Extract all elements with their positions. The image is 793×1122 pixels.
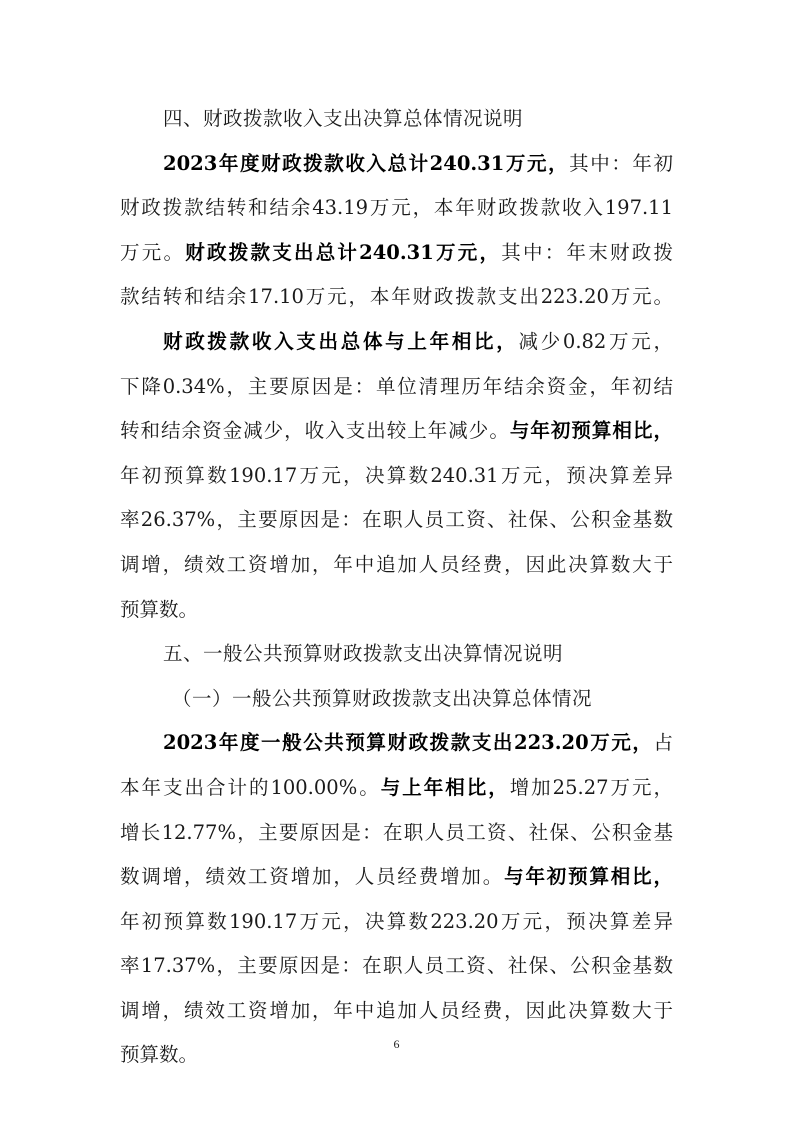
text: 其中：年初: [569, 152, 673, 175]
text-line: 年初预算数190.17万元，决算数223.20万元，预决算差异: [120, 900, 673, 945]
text-line: 下降0.34%，主要原因是：单位清理历年结余资金，年初结: [120, 365, 673, 410]
document-page: 四、财政拨款收入支出决算总体情况说明 2023年度财政拨款收入总计240.31万…: [120, 97, 673, 1078]
text: 下降0.34%，主要原因是：单位清理历年结余资金，年初结: [120, 375, 673, 398]
bold-text: 2023年度财政拨款收入总计240.31万元，: [163, 152, 569, 175]
text-line: 率26.37%，主要原因是：在职人员工资、社保、公积金基数: [120, 498, 673, 543]
text-line: 财政拨款结转和结余43.19万元，本年财政拨款收入197.11: [120, 186, 673, 231]
text-line: 2023年度一般公共预算财政拨款支出223.20万元，占: [120, 721, 673, 766]
text: 预算数。: [120, 598, 198, 621]
text-line: 转和结余资金减少，收入支出较上年减少。与年初预算相比，: [120, 409, 673, 454]
text-line: 万元。财政拨款支出总计240.31万元，其中：年末财政拨: [120, 231, 673, 276]
text: 年初预算数190.17万元，决算数240.31万元，预决算差异: [120, 464, 673, 487]
text: 增加25.27万元，: [510, 776, 673, 799]
bold-text: 与年初预算相比，: [504, 865, 673, 888]
text-line: 年初预算数190.17万元，决算数240.31万元，预决算差异: [120, 454, 673, 499]
section-5-subheading: （一）一般公共预算财政拨款支出决算总体情况: [120, 677, 673, 722]
text: 率17.37%，主要原因是：在职人员工资、社保、公积金基数: [120, 954, 673, 977]
text-line: 数调增，绩效工资增加，人员经费增加。与年初预算相比，: [120, 855, 673, 900]
text: 转和结余资金减少，收入支出较上年减少。: [120, 419, 510, 442]
bold-text: 2023年度一般公共预算财政拨款支出223.20万元，: [163, 731, 653, 754]
text: 调增，绩效工资增加，年中追加人员经费，因此决算数大于: [120, 999, 673, 1022]
text-line: 本年支出合计的100.00%。与上年相比，增加25.27万元，: [120, 766, 673, 811]
bold-text: 财政拨款收入支出总体与上年相比，: [163, 330, 518, 353]
text-line: 调增，绩效工资增加，年中追加人员经费，因此决算数大于: [120, 989, 673, 1034]
text: 本年支出合计的100.00%。: [120, 776, 381, 799]
section-4-heading: 四、财政拨款收入支出决算总体情况说明: [120, 97, 673, 142]
section-5-heading: 五、一般公共预算财政拨款支出决算情况说明: [120, 632, 673, 677]
text: 款结转和结余17.10万元，本年财政拨款支出223.20万元。: [120, 285, 673, 308]
section-4-paragraph-2: 财政拨款收入支出总体与上年相比，减少0.82万元， 下降0.34%，主要原因是：…: [120, 320, 673, 632]
text-line: 财政拨款收入支出总体与上年相比，减少0.82万元，: [120, 320, 673, 365]
text-line: 率17.37%，主要原因是：在职人员工资、社保、公积金基数: [120, 944, 673, 989]
text: 增长12.77%，主要原因是：在职人员工资、社保、公积金基: [120, 821, 673, 844]
text: 占: [653, 731, 673, 754]
subheading-text: （一）一般公共预算财政拨款支出决算总体情况: [172, 687, 592, 710]
text: 调增，绩效工资增加，年中追加人员经费，因此决算数大于: [120, 553, 673, 576]
text: 万元。: [120, 241, 185, 264]
text: 减少0.82万元，: [518, 330, 673, 353]
text-line: 款结转和结余17.10万元，本年财政拨款支出223.20万元。: [120, 275, 673, 320]
text: 年初预算数190.17万元，决算数223.20万元，预决算差异: [120, 910, 673, 933]
heading-text: 五、一般公共预算财政拨款支出决算情况说明: [163, 642, 563, 665]
text: 数调增，绩效工资增加，人员经费增加。: [120, 865, 504, 888]
text-line: 增长12.77%，主要原因是：在职人员工资、社保、公积金基: [120, 811, 673, 856]
text: 其中：年末财政拨: [501, 241, 673, 264]
section-4-paragraph-1: 2023年度财政拨款收入总计240.31万元，其中：年初 财政拨款结转和结余43…: [120, 142, 673, 320]
bold-text: 与上年相比，: [381, 776, 510, 799]
section-5-paragraph-1: 2023年度一般公共预算财政拨款支出223.20万元，占 本年支出合计的100.…: [120, 721, 673, 1078]
bold-text: 与年初预算相比，: [510, 419, 673, 442]
text-line: 调增，绩效工资增加，年中追加人员经费，因此决算数大于: [120, 543, 673, 588]
bold-text: 财政拨款支出总计240.31万元，: [185, 241, 501, 264]
page-number: 6: [0, 1037, 793, 1052]
heading-text: 四、财政拨款收入支出决算总体情况说明: [163, 107, 523, 130]
text: 率26.37%，主要原因是：在职人员工资、社保、公积金基数: [120, 508, 673, 531]
text: 财政拨款结转和结余43.19万元，本年财政拨款收入197.11: [120, 196, 673, 219]
text-line: 2023年度财政拨款收入总计240.31万元，其中：年初: [120, 142, 673, 187]
text-line: 预算数。: [120, 588, 673, 633]
